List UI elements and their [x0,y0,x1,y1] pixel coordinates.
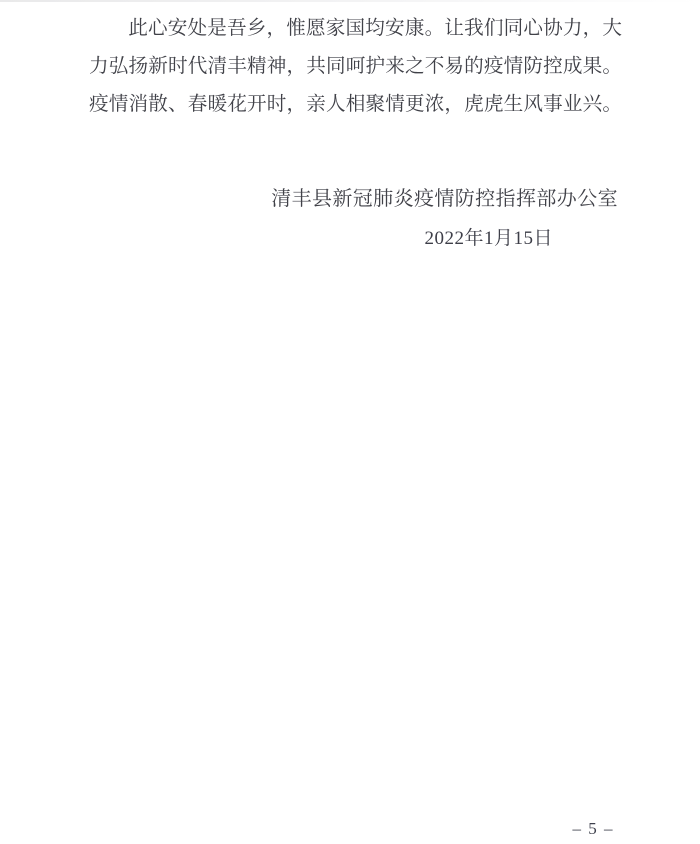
body-line-3: 疫情消散、春暖花开时，亲人相聚情更浓，虎虎生风事业兴。 [89,86,622,124]
document-page: 此心安处是吾乡，惟愿家国均安康。让我们同心协力，大 力弘扬新时代清丰精神，共同呵… [0,0,700,844]
body-paragraph: 此心安处是吾乡，惟愿家国均安康。让我们同心协力，大 力弘扬新时代清丰精神，共同呵… [89,10,622,124]
body-line-1: 此心安处是吾乡，惟愿家国均安康。让我们同心协力，大 [89,10,622,48]
scan-edge-artifact [0,0,700,2]
signature-line: 清丰县新冠肺炎疫情防控指挥部办公室 [271,186,618,212]
date-line: 2022年1月15日 [424,226,553,252]
body-line-2: 力弘扬新时代清丰精神，共同呵护来之不易的疫情防控成果。 [89,48,622,86]
page-number: – 5 – [573,819,615,839]
